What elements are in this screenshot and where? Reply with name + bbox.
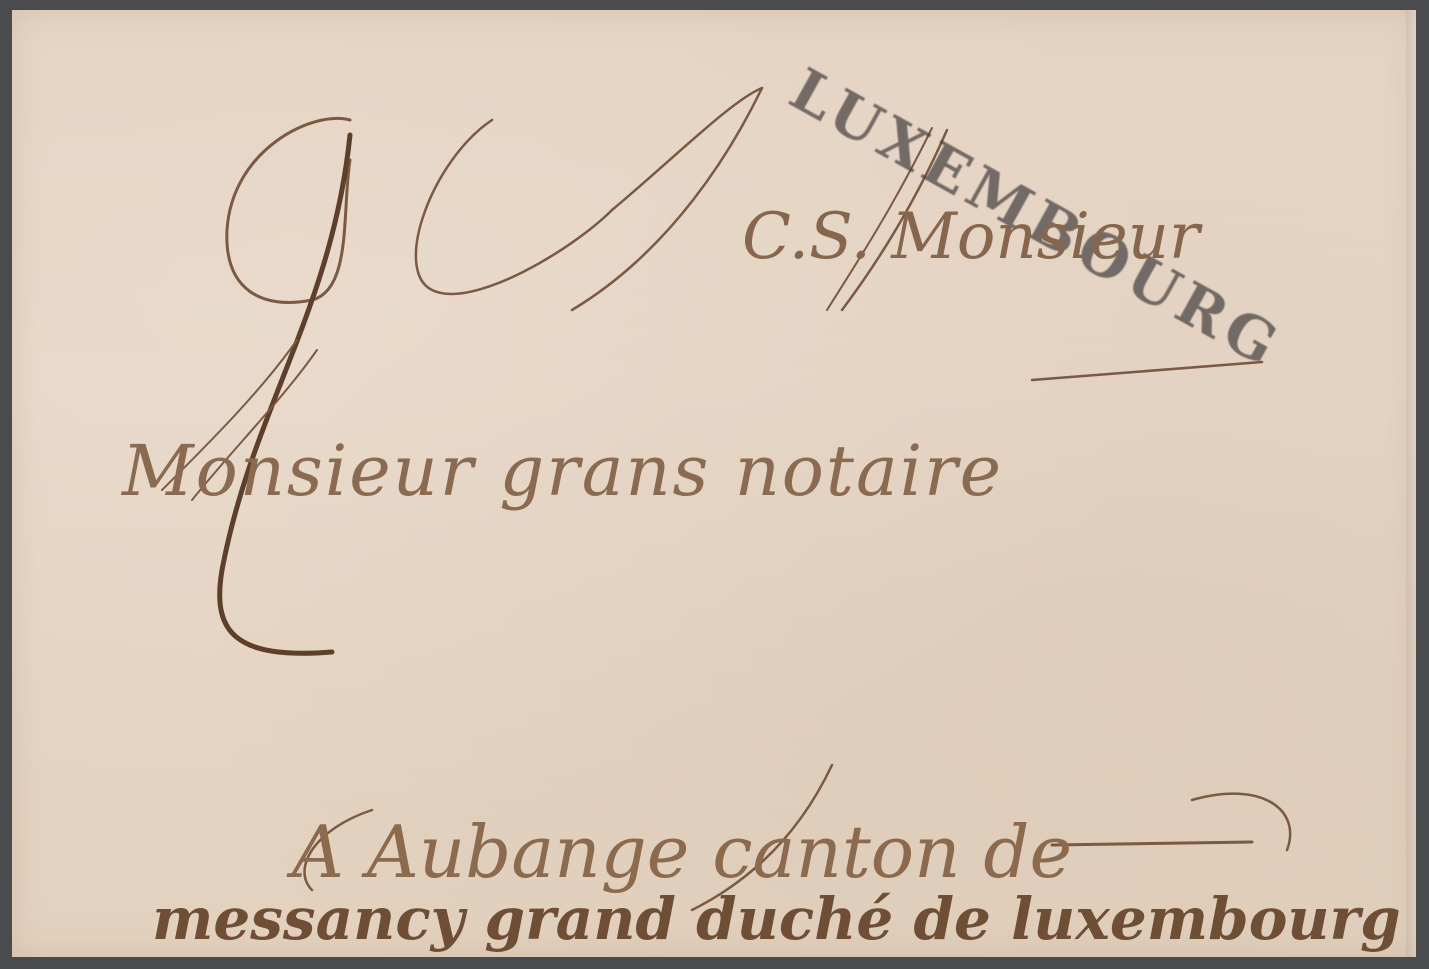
address-line-3: A Aubange canton de bbox=[292, 810, 1072, 894]
address-line-4: messancy grand duché de luxembourg bbox=[152, 885, 1401, 953]
address-line-1: C.S. Monsieur bbox=[742, 200, 1200, 274]
address-line-2: Monsieur grans notaire bbox=[122, 430, 1003, 512]
postal-cover: LUXEMBOURG C.S. Monsieur Monsieur grans … bbox=[12, 10, 1416, 957]
